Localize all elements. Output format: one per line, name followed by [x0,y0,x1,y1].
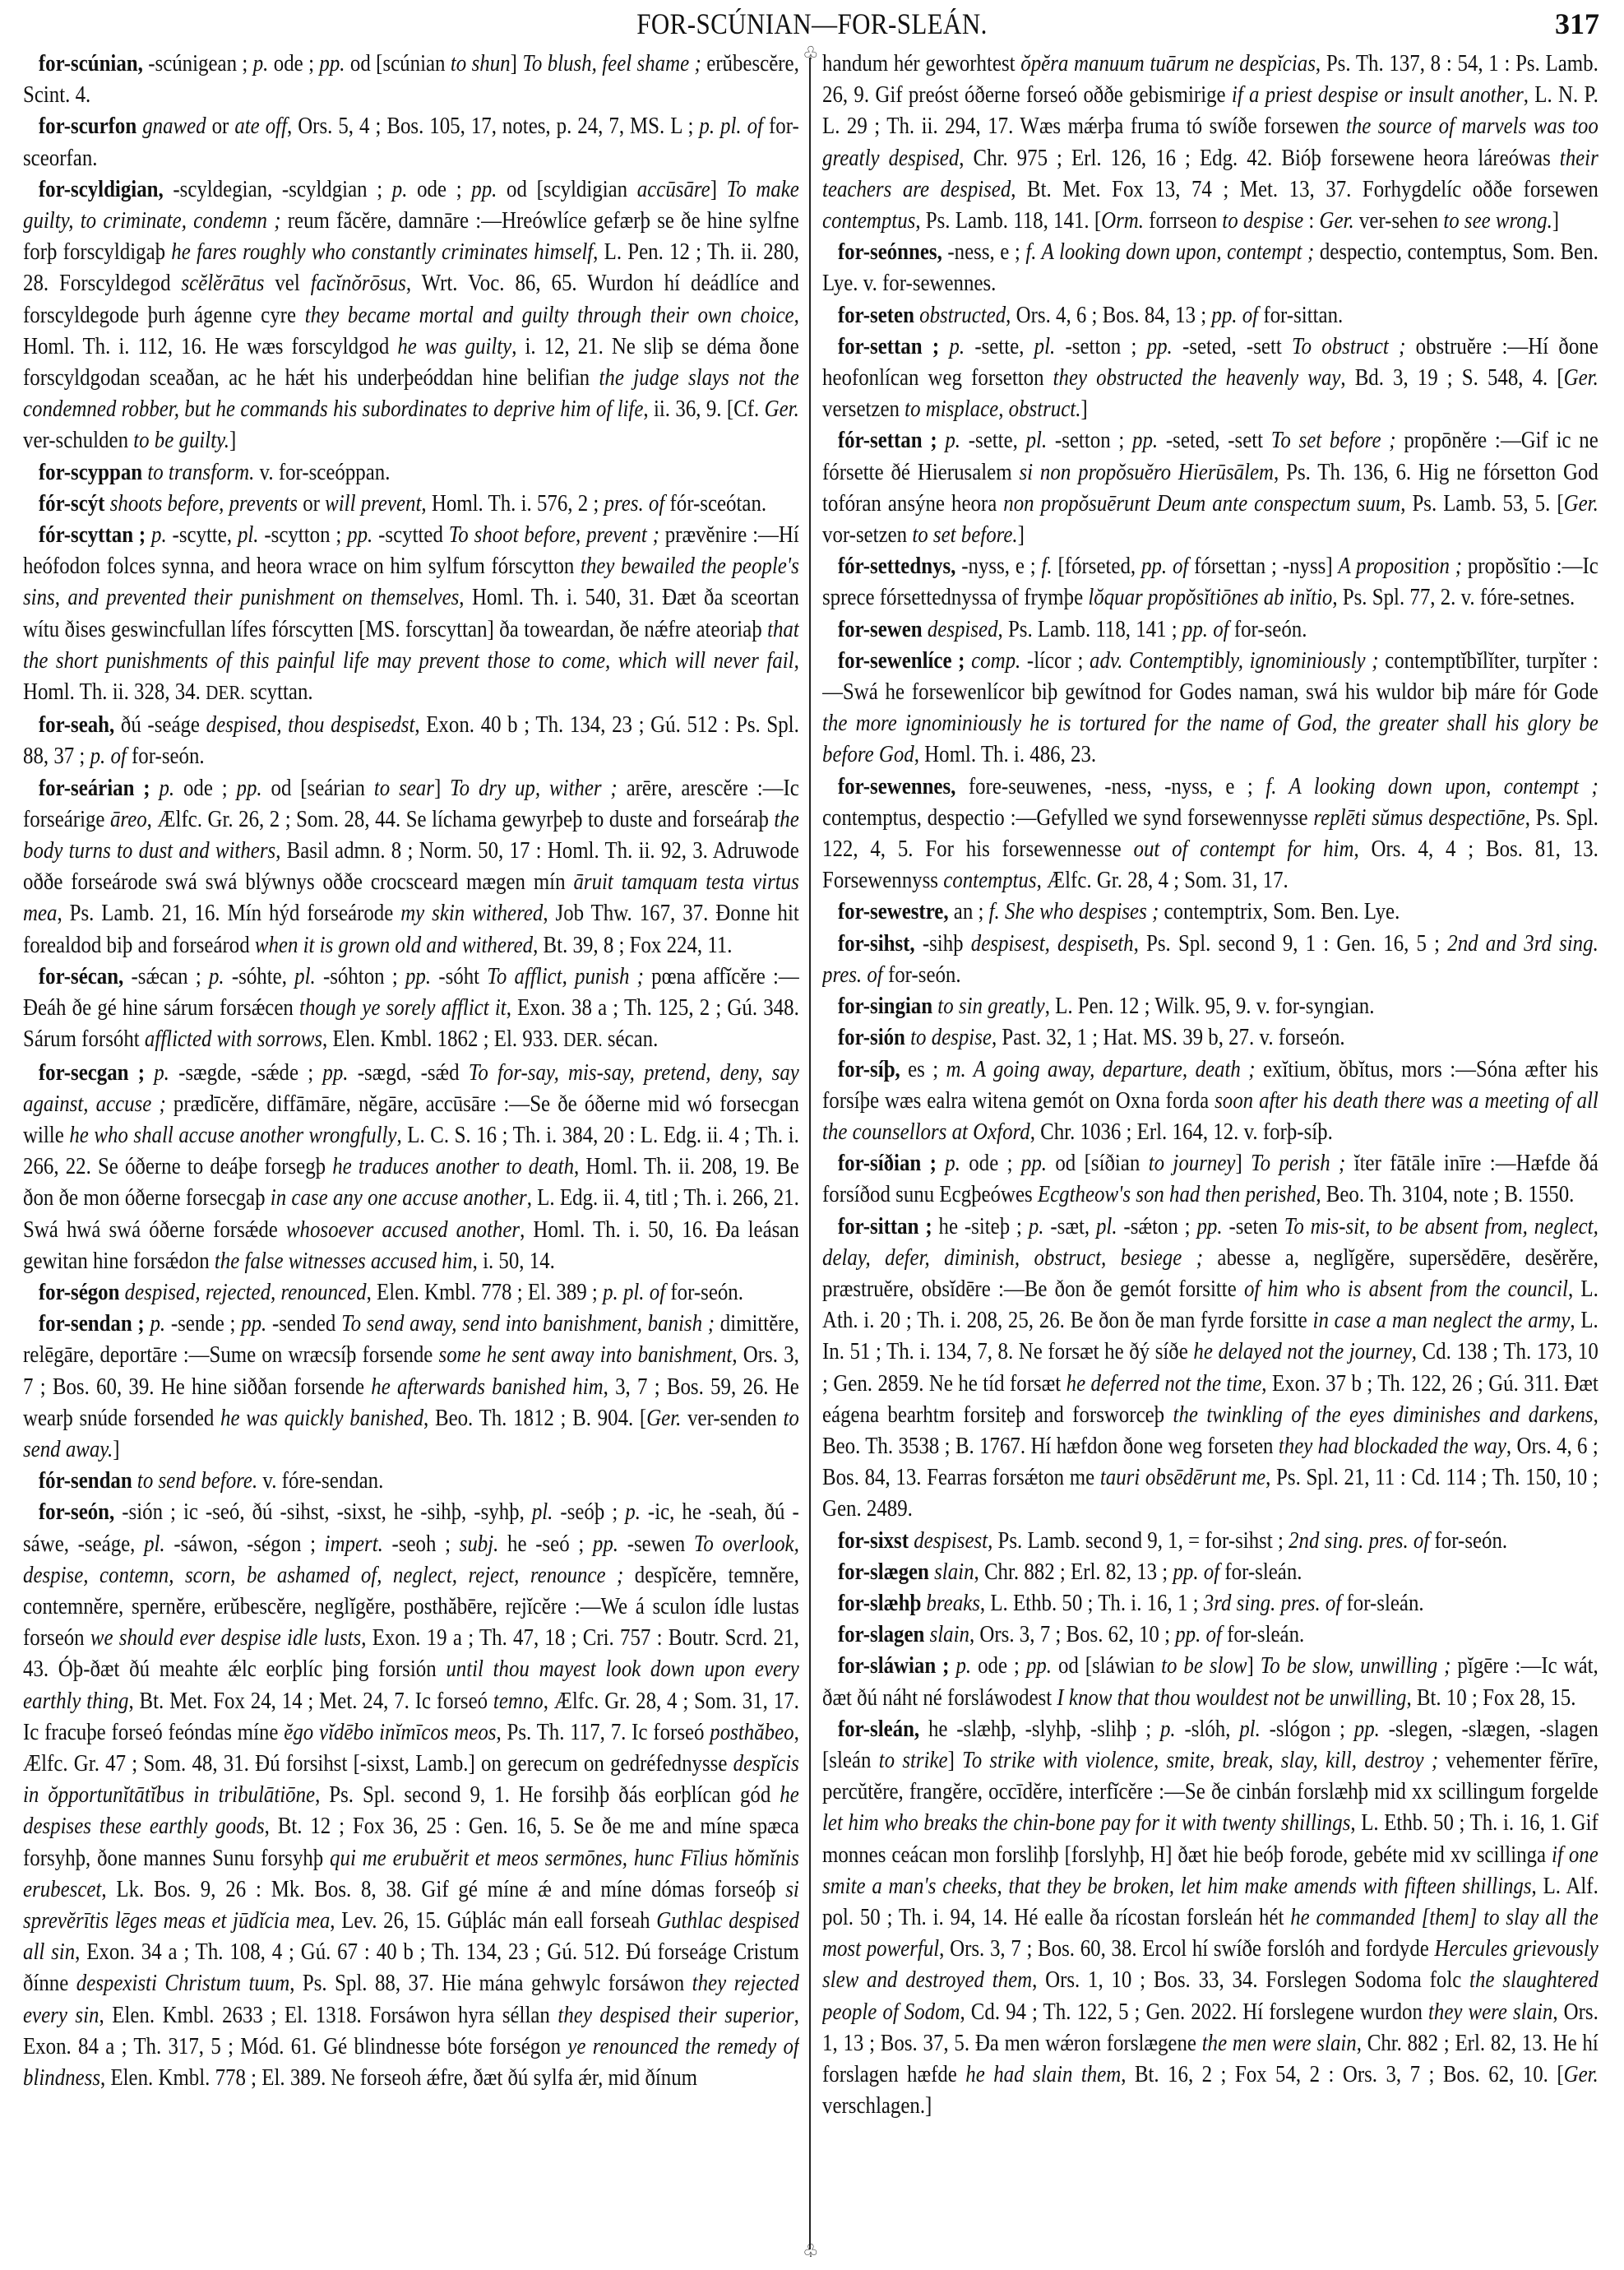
gloss-italic: non propŏsuērunt Deum ante conspectum su… [1003,490,1400,517]
gloss-italic: when it is grown old and withered [255,932,533,958]
dictionary-entry: for-settan ; p. -sette, pl. -setton ; pp… [822,331,1599,425]
gloss-italic: he was quickly banished [220,1405,423,1431]
headword: for-sendan ; [39,1310,145,1337]
gloss-italic: to despise [1222,207,1303,234]
entry-text: , Bd. 3, 19 ; S. 548, 4. [ [1340,364,1563,391]
entry-text [939,333,949,359]
headword: for-sewestre, [838,898,949,924]
entry-text: -nyss, e ; [955,553,1041,579]
entry-text: , Chr. 882 ; Erl. 82, 13 ; [974,1559,1173,1585]
entry-text: -setton ; [1055,333,1146,359]
gloss-italic: lŏquar propŏsĭtiōnes ab inĭtio [1088,584,1332,610]
gloss-italic: p. [945,1150,960,1176]
entry-text: -scytton ; [259,521,348,548]
entry-text: ver-senden [681,1405,783,1431]
entry-text: od [scyldigian [497,176,636,202]
headword: for-slægen [838,1559,929,1585]
gloss-italic: the false witnesses accused him [215,1248,473,1274]
gloss-italic: we should ever despise idle lusts [90,1624,361,1651]
gloss-italic: to misplace, obstruct. [905,396,1080,422]
gloss-italic: in case any one accuse another [271,1184,527,1211]
headword: fór-scýt [39,490,105,517]
gloss-italic: p. [625,1499,641,1525]
entry-text: or [298,490,325,517]
gloss-italic: despised [928,616,998,642]
gloss-italic: pp. of [1211,302,1258,328]
entry-text: , ii. 36, 9. [Cf. [643,396,764,422]
entry-text: an ; [949,898,989,924]
gloss-italic: Ger. [646,1405,681,1431]
entry-text: -sewen [618,1531,694,1557]
headword: for-scúnian, [39,50,143,76]
gloss-italic: Ecgtheow's son had then perished [1038,1181,1316,1207]
gloss-italic: p. [151,521,167,548]
gloss-italic: pp. [1196,1213,1222,1239]
entry-text: -sión ; ic -seó, ðú -sihst, -sixst, he -… [114,1499,532,1525]
gloss-italic: f. [1042,553,1053,579]
entry-text: verschlagen.] [822,2092,932,2119]
entry-text: -seten [1223,1213,1284,1239]
gloss-italic: posthăbeo [710,1719,793,1745]
gloss-italic: p. [150,1310,165,1337]
gloss-italic: p. [253,50,269,76]
entry-text: -sægde, -sǽde ; [169,1059,323,1086]
gloss-italic: to sin greatly [937,993,1044,1019]
entry-text: he -slæhþ, -slyhþ, -slihþ ; [919,1716,1160,1742]
gloss-italic: pp. [1354,1716,1380,1742]
gloss-italic: āreo [110,806,147,832]
entry-text: , Beo. Th. 1812 ; B. 904. [ [423,1405,646,1431]
dictionary-entry: for-sendan ; p. -sende ; pp. -sended To … [23,1308,799,1465]
gloss-italic: m. A going away, departure, death ; [946,1056,1256,1082]
entry-text: ode ; [971,1652,1026,1679]
dictionary-entry: for-sécan, -sǽcan ; p. -sóhte, pl. -sóht… [23,961,799,1057]
gloss-italic: ŏpĕra manuum tuārum ne despĭcias [1020,50,1316,76]
entry-text: scyttan. [245,679,313,705]
entry-text: ode ; [960,1150,1021,1176]
entry-text: ] [229,427,236,453]
entry-text: fore-seuwenes, -ness, -nyss, e ; [955,773,1265,799]
dictionary-entry: for-sittan ; he -siteþ ; p. -sæt, pl. -s… [822,1211,1599,1525]
headword: for-sewennes, [838,773,956,799]
dictionary-entry: for-sewennes, fore-seuwenes, -ness, -nys… [822,771,1599,896]
entry-text: od [síðian [1047,1150,1149,1176]
gloss-italic: he who shall accuse another wrongfully [69,1122,396,1148]
headword: for-settan ; [838,333,939,359]
entry-text: for-sleán. [1222,1621,1304,1647]
gloss-italic: pp. [241,1310,266,1337]
entry-text: vel [264,270,310,296]
dictionary-entry: fór-settan ; p. -sette, pl. -setton ; pp… [822,424,1599,550]
headword: for-sixst [838,1527,909,1554]
gloss-italic: he was guilty [397,333,511,359]
dictionary-entry: for-slægen slain, Chr. 882 ; Erl. 82, 13… [822,1556,1599,1587]
entry-text: , Ps. Spl. second 9, 1. He forsihþ ðás e… [315,1781,780,1808]
gloss-italic: gnawed [142,113,206,139]
entry-text: for-seón. [1429,1527,1507,1554]
gloss-italic: pp. [319,50,345,76]
gloss-italic: p. [1160,1716,1176,1742]
page-number: 317 [1555,7,1599,41]
dictionary-entry: for-seónnes, -ness, e ; f. A looking dow… [822,236,1599,299]
entry-text: , Bt. 10 ; Fox 28, 15. [1406,1684,1575,1711]
gloss-italic: to shun [451,50,511,76]
gloss-italic: if a priest despise or insult another [1232,81,1524,108]
gloss-italic: 2nd sing. pres. of [1289,1527,1429,1554]
dictionary-entry: for-scurfon gnawed or ate off, Ors. 5, 4… [23,110,799,173]
gloss-italic: they obstructed the heavenly way [1053,364,1341,391]
gloss-italic: f. A looking down upon, contempt ; [1025,239,1314,265]
entry-text: , L. Ethb. 50 ; Th. i. 16, 1 ; [980,1590,1204,1616]
gloss-italic: despexisti Christum tuum [76,1970,289,1996]
gloss-italic: some he sent away into banishment [439,1341,733,1368]
entry-text: , Elen. Kmbl. 778 ; El. 389 ; [367,1279,604,1305]
dictionary-entry: for-ségon despised, rejected, renounced,… [23,1276,799,1308]
gloss-italic: the twinkling of the eyes diminishes and… [1173,1401,1594,1428]
entry-text: , Ps. Spl. 77, 2. v. fóre-setnes. [1332,584,1575,610]
left-column-entries: for-scúnian, -scúnigean ; p. ode ; pp. o… [23,48,799,2093]
gloss-italic: Ger. [1564,364,1599,391]
entry-text: , Ors. 3, 7 ; Bos. 60, 38. Ercol hí swíð… [939,1935,1434,1962]
entry-text: fórsettan ; -nyss] [1188,553,1338,579]
entry-text: : [1303,207,1319,234]
gloss-italic: to send before. [137,1467,257,1494]
entry-text: -sǽton ; [1117,1213,1197,1239]
entry-text: , Ors. 5, 4 ; Bos. 105, 17, notes, p. 24… [287,113,699,139]
headword: for-sécan, [39,963,123,989]
gloss-italic: Orm. [1101,207,1144,234]
headword: for-seten [838,302,914,328]
der-label: DER. [206,682,245,704]
entry-text: he -siteþ ; [932,1213,1029,1239]
gloss-italic: tauri obsēdērunt me [1100,1464,1265,1490]
headword: for-scyldigian, [39,176,164,202]
entry-text: or [206,113,235,139]
entry-text: -ness, e ; [942,239,1026,265]
entry-text: he -seó ; [498,1531,593,1557]
dictionary-entry: for-scyppan to transform. v. for-sceóppa… [23,456,799,488]
entry-text: ver-schulden [23,427,133,453]
gloss-italic: they had blockaded the way [1279,1433,1506,1459]
gloss-italic: slain [934,1559,974,1585]
entry-text: -setton ; [1047,427,1132,453]
entry-text: od [seárian [262,775,374,801]
gloss-italic: pp. of [1173,1559,1219,1585]
entry-text: -scytte, [167,521,238,548]
entry-text: -sæt, [1044,1213,1096,1239]
entry-text: contemptus, despectio :—Gefylled we synd… [822,804,1313,831]
gloss-italic: he deferred not the time [1066,1370,1262,1397]
entry-text: , Ps. Th. 117, 7. Ic forseó [496,1719,710,1745]
gloss-italic: To blush, feel shame ; [522,50,701,76]
gloss-italic: shoots before, prevents [110,490,298,517]
headword: for-ségon [39,1279,120,1305]
entry-text: ode ; [407,176,471,202]
entry-text: for-sittan. [1258,302,1343,328]
headword: for-scyppan [39,459,142,485]
gloss-italic: 3rd sing. pres. of [1204,1590,1342,1616]
dictionary-entry: for-sihst, -sihþ despisest, despiseth, P… [822,928,1599,990]
headword: for-sión [838,1024,905,1050]
headword: for-secgan ; [39,1059,145,1086]
headword: for-sihst, [838,930,915,957]
gloss-italic: they became mortal and guilty through th… [305,302,794,328]
entry-text: , Bt. Met. Fox 13, 74 ; Met. 13, 37. For… [1011,176,1599,202]
gloss-italic: he afterwards banished him [371,1374,603,1400]
entry-text [145,1059,154,1086]
dictionary-entry: for-sewestre, an ; f. She who despises ;… [822,896,1599,927]
right-column: handum hér geworhtest ŏpĕra manuum tuāru… [822,48,1599,2252]
entry-text: , Elen. Kmbl. 778 ; El. 389. Ne forseoh … [100,2064,697,2091]
gloss-italic: pl. [238,521,259,548]
entry-text: , Beo. Th. 3104, note ; B. 1550. [1316,1181,1574,1207]
entry-text: -sóhton ; [316,963,405,989]
gloss-italic: To dry up, wither ; [450,775,618,801]
gloss-italic: he had slain them [965,2061,1121,2087]
entry-text: ] [710,176,727,202]
gloss-italic: contemptus [822,207,915,234]
headword: for-seárian ; [39,775,150,801]
gloss-italic: pp. [237,775,262,801]
entry-text: contemptrix, Som. Ben. Lye. [1159,898,1400,924]
gloss-italic: I know that thou wouldest not be unwilli… [1057,1684,1406,1711]
gloss-italic: let him who breaks the chin-bone pay for… [822,1809,1350,1836]
gloss-italic: pp. [347,521,372,548]
dictionary-entry: for-seah, ðú -seáge despised, thou despi… [23,709,799,771]
entry-text: od [scúnian [345,50,451,76]
dictionary-entry: for-síþ, es ; m. A going away, departure… [822,1054,1599,1148]
gloss-italic: Ger. [1564,2061,1599,2087]
gloss-italic: scĕlĕrātus [182,270,265,296]
entry-text: , L. Pen. 12 ; Wilk. 95, 9. v. for-syngi… [1045,993,1375,1019]
gloss-italic: pp. of [1175,1621,1222,1647]
gloss-italic: they were slain [1428,1999,1552,2025]
entry-text: -seoh ; [383,1531,460,1557]
entry-text: for-seón. [883,961,961,988]
entry-text: , Ælfc. Gr. 26, 2 ; Som. 28, 44. Se lích… [147,806,775,832]
headword: for-sewenlíce ; [838,647,965,674]
gloss-italic: he fares roughly who constantly criminat… [171,239,593,265]
dictionary-entry: for-sláwian ; p. ode ; pp. od [sláwian t… [822,1650,1599,1712]
dictionary-entry: for-slæhþ breaks, L. Ethb. 50 ; Th. i. 1… [822,1587,1599,1619]
dictionary-entry: fór-settednys, -nyss, e ; f. [fórseted, … [822,550,1599,613]
entry-text: -scyldegian, -scyldgian ; [164,176,392,202]
gloss-italic: f. A looking down upon, contempt ; [1265,773,1598,799]
entry-text: -sóhte, [224,963,294,989]
gloss-italic: to strike [879,1747,948,1773]
entry-text: , Ps. Spl. 88, 37. Hie mána gehwylc fors… [289,1970,692,1996]
der-label: DER. [563,1029,603,1051]
entry-text: , Lev. 26, 15. Gúþlác mán eall forseah [330,1907,656,1934]
entry-text: , Ps. Spl. second 9, 1 : Gen. 16, 5 ; [1134,930,1448,957]
entry-text: ] [1552,207,1559,234]
entry-text: ] [511,50,523,76]
headword: for-scurfon [39,113,136,139]
headword: for-slæhþ [838,1590,921,1616]
ornament-top-icon: ♧ [803,46,817,61]
gloss-italic: impert. [325,1531,383,1557]
gloss-italic: f. She who despises ; [989,898,1159,924]
headword: fór-settednys, [838,553,956,579]
entry-text: -scytted [372,521,448,548]
gloss-italic: p. [955,1652,971,1679]
entry-text: od [sláwian [1052,1652,1161,1679]
gloss-italic: pres. of [604,490,665,517]
gloss-italic: will prevent [325,490,421,517]
entry-text: vor-setzen [822,521,912,548]
gloss-italic: to set before. [912,521,1017,548]
gloss-italic: adv. Contemptibly, ignominiously ; [1090,647,1378,674]
entry-text: , Elen. Kmbl. 2633 ; El. 1318. Forsáwon … [99,2002,558,2028]
gloss-italic: he traduces another to death [332,1153,574,1179]
entry-text: -seóþ ; [553,1499,625,1525]
entry-text: ode ; [174,775,236,801]
dictionary-entry: for-sewen despised, Ps. Lamb. 118, 141 ;… [822,614,1599,645]
entry-text [146,521,151,548]
gloss-italic: pl. [1034,333,1056,359]
entry-text: , Chr. 975 ; Erl. 126, 16 ; Edg. 42. Bió… [959,145,1560,171]
gloss-italic: To perish ; [1251,1150,1345,1176]
gloss-italic: to transform. [147,459,254,485]
dictionary-entry: for-sleán, he -slæhþ, -slyhþ, -slihþ ; p… [822,1713,1599,2122]
headword: for-sewen [838,616,923,642]
entry-text: ] [1235,1150,1251,1176]
entry-text [145,1310,150,1337]
gloss-italic: they despised their superior [558,2002,793,2028]
entry-text: -seted, -sett [1158,427,1271,453]
headword: for-seón, [39,1499,114,1525]
entry-text: -sægd, -sǽd [348,1059,468,1086]
entry-text: , Ps. Lamb. second 9, 1, = for-sihst ; [988,1527,1289,1554]
entry-text: , Ors. 1, 10 ; Bos. 33, 34. Forslegen So… [1032,1967,1469,1993]
entry-text: fór-sceótan. [664,490,766,517]
gloss-italic: pp. of [1141,553,1188,579]
entry-text: ðú -seáge [114,711,206,738]
gloss-italic: contemptus [943,867,1036,893]
gloss-italic: pp. [471,176,497,202]
entry-text: , Cd. 94 ; Th. 122, 5 ; Gen. 2022. Hí fo… [960,1999,1428,2025]
gloss-italic: of him who is absent from the council [1244,1276,1568,1302]
headword: fór-sendan [39,1467,132,1494]
entry-text: forrseon [1144,207,1222,234]
entry-text [937,427,946,453]
gloss-italic: p. [392,176,408,202]
dictionary-entry: fór-scyttan ; p. -scytte, pl. -scytton ;… [23,519,799,709]
dictionary-entry: for-secgan ; p. -sægde, -sǽde ; pp. -sæg… [23,1057,799,1276]
gloss-italic: to journey [1149,1150,1236,1176]
entry-text: , Ps. Lamb. 118, 141 ; [998,616,1182,642]
dictionary-entry: for-seón, -sión ; ic -seó, ðú -sihst, -s… [23,1496,799,2093]
entry-text: , Ps. Lamb. 118, 141. [ [915,207,1101,234]
gloss-italic: despisest, despiseth [971,930,1134,957]
dictionary-entry: for-síðian ; p. ode ; pp. od [síðian to … [822,1147,1599,1210]
entry-text: , i. 50, 14. [473,1248,555,1274]
entry-text: -slógon ; [1261,1716,1354,1742]
entry-text: for-seón. [665,1279,743,1305]
entry-text: ] [1247,1652,1260,1679]
entry-text: -lícor ; [1020,647,1090,674]
gloss-italic: pp. [322,1059,348,1086]
gloss-italic: facĭnŏrōsus [311,270,406,296]
entry-text: ] [434,775,450,801]
gloss-italic: despised, thou despisedst [206,711,415,738]
gloss-italic: pp. [1147,333,1173,359]
entry-text: for-seón. [1229,616,1307,642]
headword: fór-scyttan ; [39,521,146,548]
gloss-italic: to despise [910,1024,992,1050]
gloss-italic: Ger. [1564,490,1599,517]
gloss-italic: p. [949,333,965,359]
running-head: FOR-SCÚNIAN—FOR-SLEÁN. [113,7,1511,41]
gloss-italic: to be guilty. [133,427,229,453]
entry-text: ver-sehen [1354,207,1444,234]
entry-text: , Chr. 1036 ; Erl. 164, 12. v. forþ-síþ. [1030,1119,1333,1145]
dictionary-entry: for-scyldigian, -scyldegian, -scyldgian … [23,174,799,456]
entry-text: -seted, -sett [1173,333,1292,359]
entry-text: ode ; [268,50,319,76]
entry-text: -sáwon, -ségon ; [165,1531,325,1557]
gloss-italic: slain [930,1621,969,1647]
headword: for-singian [838,993,932,1019]
entry-text: -sende ; [165,1310,241,1337]
gloss-italic: afflicted with sorrows [145,1026,322,1052]
gloss-italic: pp. of [1182,616,1229,642]
gloss-italic: pl. [1026,427,1048,453]
entry-text: v. for-sceóppan. [254,459,390,485]
gloss-italic: he delayed not the journey [1193,1338,1411,1364]
headword: for-sittan ; [838,1213,932,1239]
gloss-italic: despisest [914,1527,988,1554]
gloss-italic: pl. [1096,1213,1117,1239]
entry-text [150,775,160,801]
entry-text [965,647,971,674]
entry-text: , Bt. 39, 8 ; Fox 224, 11. [533,932,732,958]
gloss-italic: my skin withered [400,900,543,926]
gloss-italic: p. [154,1059,169,1086]
gloss-italic: To send away, send into banishment, bani… [341,1310,715,1337]
gloss-italic: despised, rejected, renounced [125,1279,367,1305]
headword: for-sláwian ; [838,1652,950,1679]
gloss-italic: To set before ; [1271,427,1396,453]
page-header: FOR-SCÚNIAN—FOR-SLEÁN. 317 [0,0,1624,43]
entry-text: ] [1018,521,1025,548]
entry-text: , Bt. Met. Fox 24, 14 ; Met. 24, 7. Ic f… [128,1688,493,1714]
entry-text: for-sleán. [1219,1559,1302,1585]
gloss-italic: ĕgo vĭdēbo inĭmīcos meos [284,1719,496,1745]
gloss-italic: pp. [405,963,431,989]
entry-text: , Ps. Lamb. 53, 5. [ [1400,490,1563,517]
gloss-italic: To be slow, unwilling ; [1261,1652,1451,1679]
entry-text: -slóh, [1176,1716,1240,1742]
dictionary-entry: for-sixst despisest, Ps. Lamb. second 9,… [822,1525,1599,1556]
gloss-italic: Ger. [765,396,799,422]
gloss-italic: in case a man neglect the army [1313,1307,1571,1333]
entry-text: , Lk. Bos. 9, 26 : Mk. Bos. 8, 38. Gif g… [101,1876,785,1902]
entry-text: -sóht [431,963,487,989]
gloss-italic: to sear [374,775,434,801]
dictionary-entry: for-sión to despise, Past. 32, 1 ; Hat. … [822,1021,1599,1053]
headword: for-seah, [39,711,114,738]
entry-text: -sette, [965,333,1034,359]
gloss-italic: though ye sorely afflict it [299,994,507,1021]
entry-text: , Homl. Th. i. 576, 2 ; [421,490,604,517]
gloss-italic: breaks [926,1590,979,1616]
entry-text: [fórseted, [1053,553,1141,579]
headword: for-seónnes, [838,239,942,265]
entry-text: , Elen. Kmbl. 1862 ; El. 933. [322,1026,563,1052]
entry-text: ] [1080,396,1087,422]
entry-text: sécan. [603,1026,659,1052]
